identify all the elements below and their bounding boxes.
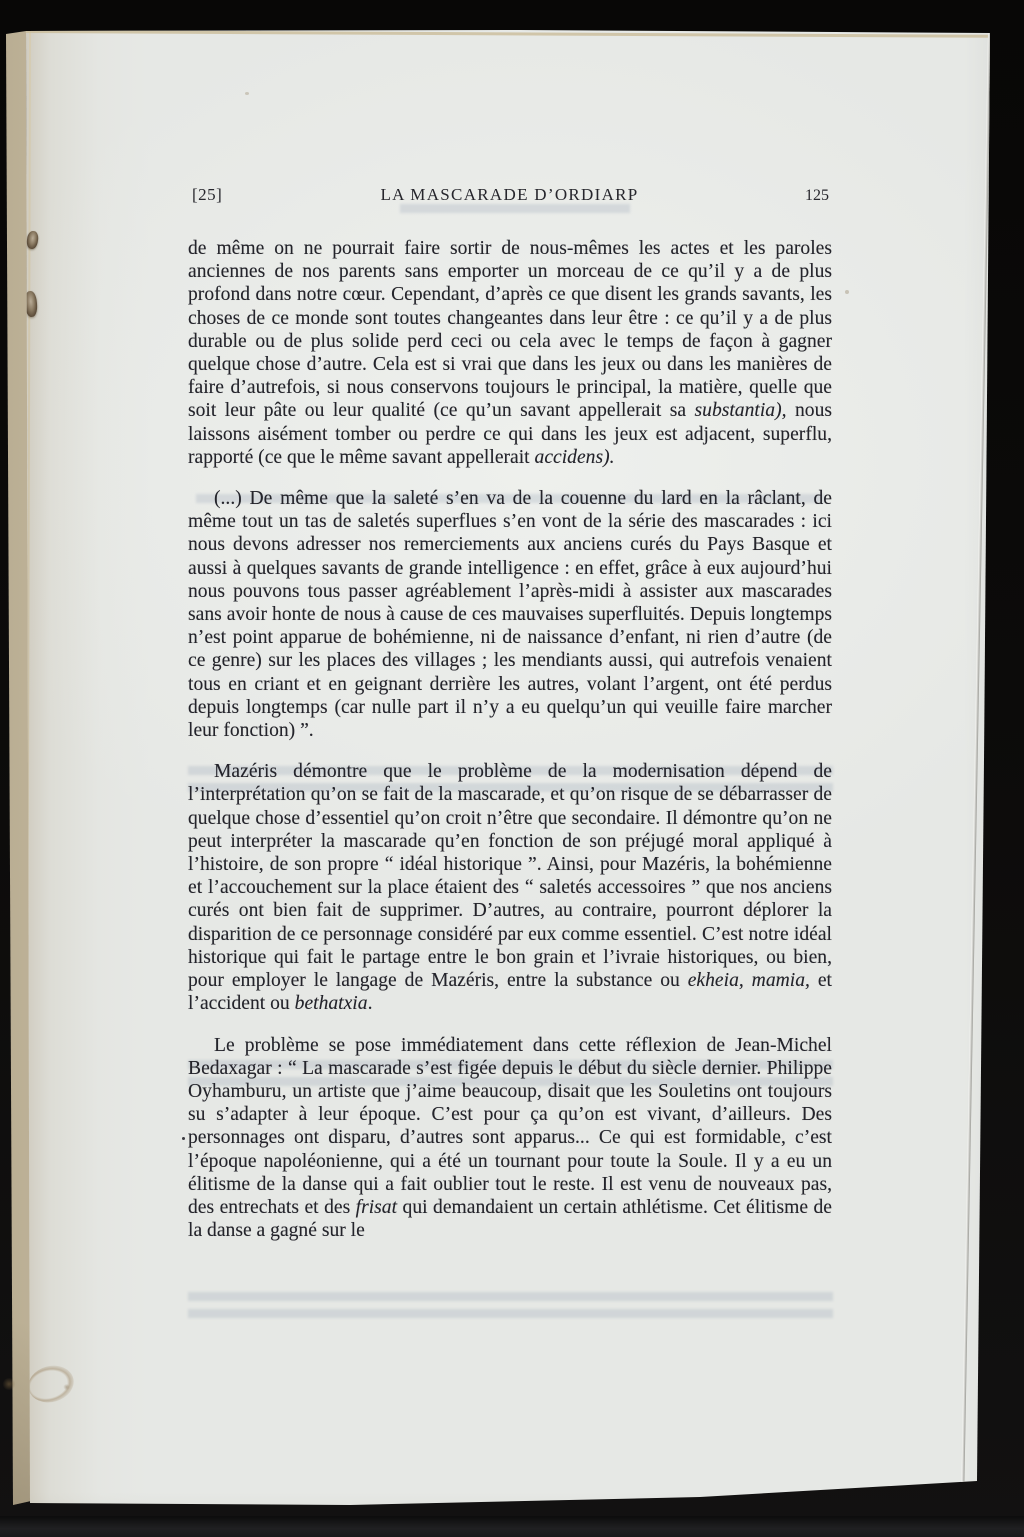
binding-staple-mark bbox=[26, 230, 39, 249]
stain-speck bbox=[845, 290, 849, 294]
ink-speck bbox=[182, 1137, 185, 1140]
page-header: [25] LA MASCARADE D’ORDIARP 125 bbox=[188, 183, 831, 207]
page-number: 125 bbox=[805, 187, 829, 205]
paragraph: de même on ne pourrait faire sortir de n… bbox=[188, 237, 832, 469]
book-page: [25] LA MASCARADE D’ORDIARP 125 de même … bbox=[0, 0, 1024, 1537]
paragraph: (...) De même que la saleté s’en va de l… bbox=[188, 487, 832, 742]
paragraph: Le problème se pose immédiatement dans c… bbox=[188, 1034, 832, 1243]
page-title: LA MASCARADE D’ORDIARP bbox=[188, 185, 831, 205]
stain-speck bbox=[2, 1378, 16, 1390]
scanned-book-page: [25] LA MASCARADE D’ORDIARP 125 de même … bbox=[0, 0, 1024, 1537]
page-right-edge bbox=[961, 33, 991, 1483]
stain-speck bbox=[63, 1384, 70, 1390]
book-cover-edge bbox=[0, 1516, 1024, 1537]
show-through-ghost bbox=[188, 1292, 833, 1322]
paragraph: Mazéris démontre que le problème de la m… bbox=[188, 760, 832, 1015]
page-top-edge bbox=[24, 30, 992, 38]
stain-speck bbox=[245, 92, 249, 95]
body-text: de même on ne pourrait faire sortir de n… bbox=[188, 237, 832, 1260]
stain-mark bbox=[24, 1361, 78, 1408]
